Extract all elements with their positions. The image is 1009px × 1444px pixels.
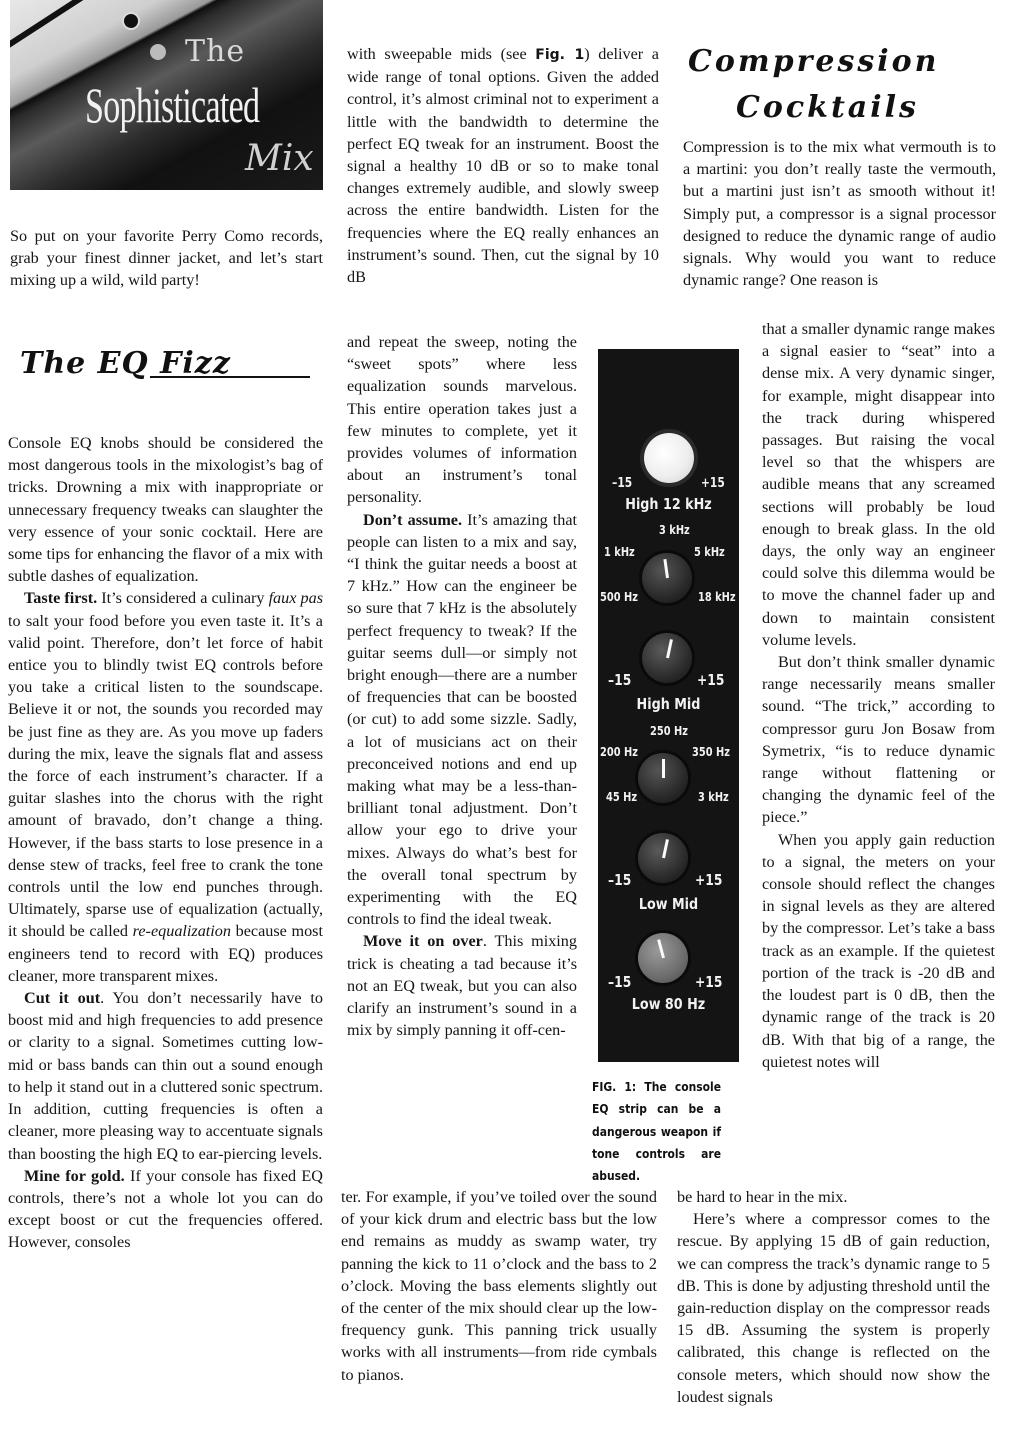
paragraph: When you apply gain reduction to a signa… <box>762 829 995 1073</box>
paragraph-taste-first: Taste first. It’s considered a culinary … <box>8 587 323 987</box>
figure-reference: Fig. 1 <box>535 47 584 63</box>
knob-pointer <box>662 839 669 858</box>
high-mid-gain-knob[interactable] <box>642 633 692 683</box>
hero-title-mix: Mix <box>245 138 314 179</box>
knob-pointer <box>657 939 665 958</box>
freq-label: 250 Hz <box>650 724 688 738</box>
paragraph: ter. For example, if you’ve toiled over … <box>341 1186 657 1386</box>
paragraph-dont-assume: Don’t assume. It’s amazing that people c… <box>347 509 577 931</box>
hero-title-the: The <box>185 34 245 69</box>
decorative-stripe <box>10 0 201 65</box>
paragraph-mine-for-gold: Mine for gold. If your console has fixed… <box>8 1165 323 1254</box>
low-gain-knob[interactable] <box>638 933 688 983</box>
freq-label: 3 kHz <box>698 790 729 804</box>
run-in-head: Taste first. <box>24 589 97 607</box>
freq-label: 18 kHz <box>698 590 736 604</box>
decorative-knob-dot <box>122 12 140 30</box>
column-2-bottom: ter. For example, if you’ve toiled over … <box>341 1186 657 1386</box>
column-2-top: with sweepable mids (see Fig. 1) deliver… <box>347 43 659 288</box>
freq-label: 1 kHz <box>604 545 635 559</box>
freq-label: 3 kHz <box>659 523 690 537</box>
knob-min-label: –15 <box>612 476 632 491</box>
section-heading-compression-line2: Cocktails <box>736 90 919 125</box>
low-mid-frequency-knob[interactable] <box>638 753 688 803</box>
decorative-light-dot <box>150 44 166 60</box>
paragraph-move-it-on-over: Move it on over. This mixing trick is ch… <box>347 930 577 1041</box>
knob-name-label: High 12 kHz <box>609 495 729 513</box>
paragraph: Console EQ knobs should be considered th… <box>8 432 323 587</box>
column-3-bottom: be hard to hear in the mix. Here’s where… <box>677 1186 990 1408</box>
knob-pointer <box>662 759 665 778</box>
knob-max-label: +15 <box>697 671 724 689</box>
heading-underline <box>150 376 310 378</box>
run-in-head: Move it on over <box>363 932 483 950</box>
hero-title-image: The Sophisticated Mix <box>10 0 323 190</box>
intro-paragraph: So put on your favorite Perry Como recor… <box>10 225 323 292</box>
column-1-body: Console EQ knobs should be considered th… <box>8 432 323 1254</box>
knob-max-label: +15 <box>695 973 722 991</box>
eq-strip-figure: –15 +15 High 12 kHz 3 kHz 1 kHz 5 kHz 50… <box>598 349 739 1062</box>
paragraph: and repeat the sweep, noting the “sweet … <box>347 331 577 509</box>
column-1-intro: So put on your favorite Perry Como recor… <box>10 225 323 292</box>
low-mid-gain-knob[interactable] <box>638 833 688 883</box>
column-3-narrow: that a smaller dynamic range makes a sig… <box>762 318 995 1073</box>
paragraph: Here’s where a compressor comes to the r… <box>677 1208 990 1408</box>
high-mid-frequency-knob[interactable] <box>642 553 692 603</box>
knob-max-label: +15 <box>701 476 725 491</box>
knob-min-label: –15 <box>608 671 631 689</box>
freq-label: 5 kHz <box>694 545 725 559</box>
knob-max-label: +15 <box>695 871 722 889</box>
paragraph: be hard to hear in the mix. <box>677 1186 990 1208</box>
figure-caption: FIG. 1: The console EQ strip can be a da… <box>592 1076 721 1187</box>
run-in-head: Cut it out <box>24 989 100 1007</box>
paragraph-cut-it-out: Cut it out. You don’t necessarily have t… <box>8 987 323 1165</box>
paragraph: with sweepable mids (see Fig. 1) deliver… <box>347 43 659 288</box>
knob-pointer <box>666 639 673 658</box>
run-in-head: Don’t assume. <box>363 511 462 529</box>
knob-min-label: –15 <box>608 973 631 991</box>
paragraph: that a smaller dynamic range makes a sig… <box>762 318 995 651</box>
knob-name-label: Low Mid <box>609 895 729 913</box>
section-heading-compression-line1: Compression <box>688 44 940 79</box>
hero-title-main: Sophisticated <box>85 76 259 134</box>
paragraph: Compression is to the mix what vermouth … <box>683 136 996 291</box>
freq-label: 350 Hz <box>692 745 730 759</box>
freq-label: 200 Hz <box>600 745 638 759</box>
freq-label: 500 Hz <box>600 590 638 604</box>
freq-label: 45 Hz <box>606 790 637 804</box>
knob-min-label: –15 <box>608 871 631 889</box>
column-2-narrow: and repeat the sweep, noting the “sweet … <box>347 331 577 1042</box>
column-3-top: Compression is to the mix what vermouth … <box>683 136 996 291</box>
knob-name-label: High Mid <box>609 695 729 713</box>
knob-pointer <box>663 559 669 578</box>
run-in-head: Mine for gold. <box>24 1167 125 1185</box>
high-gain-knob[interactable] <box>644 433 694 483</box>
knob-name-label: Low 80 Hz <box>609 995 729 1013</box>
paragraph: But don’t think smaller dynamic range ne… <box>762 651 995 829</box>
